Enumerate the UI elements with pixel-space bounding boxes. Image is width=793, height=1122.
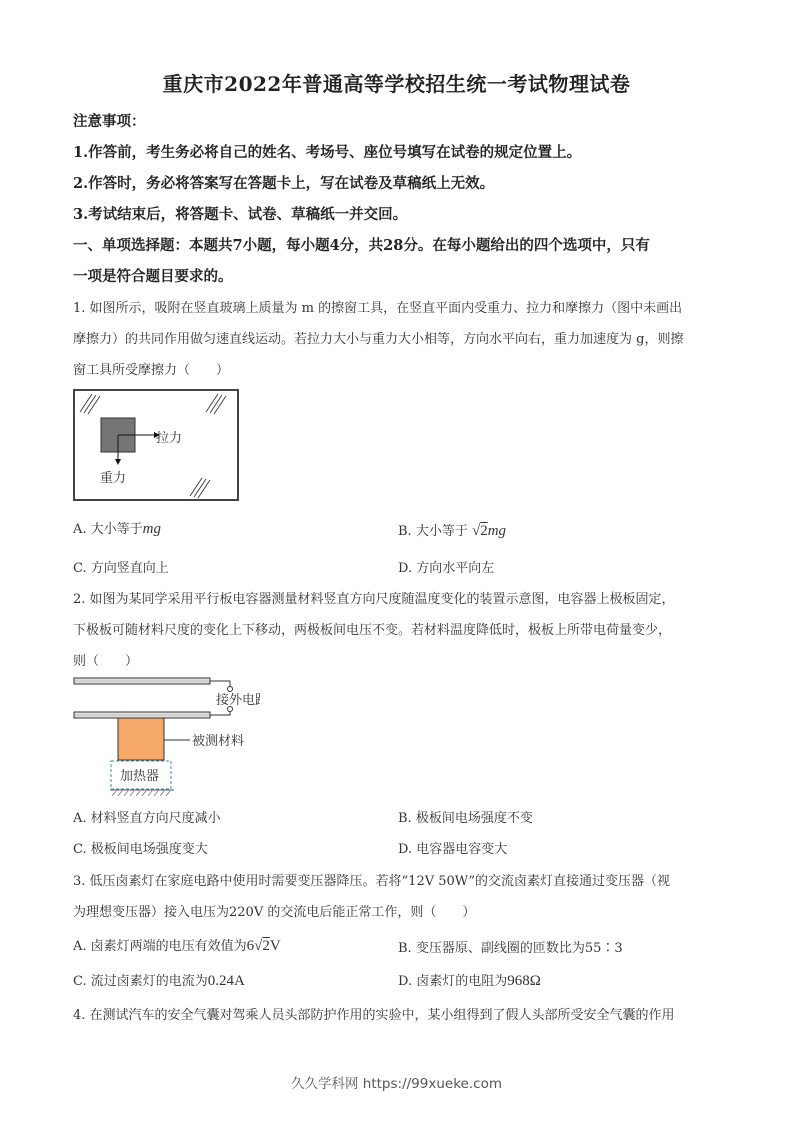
option-text: A. 卤素灯两端的电压有效值为: [73, 939, 247, 954]
option-text: C. 流过卤素灯的电流为: [73, 974, 208, 989]
q2-option-a[interactable]: A. 材料竖直方向尺度减小: [73, 807, 221, 826]
sqrt-expression: 6√2V: [247, 938, 281, 954]
sqrt-expression: √2: [472, 523, 488, 539]
q1-option-d[interactable]: D. 方向水平向左: [398, 557, 494, 576]
q1-stem-line-3: 窗工具所受摩擦力（ ）: [73, 359, 229, 378]
option-text: D. 卤素灯的电阻为: [398, 974, 507, 989]
section-heading-line-1: 一、单项选择题：本题共7小题，每小题4分，共28分。在每小题给出的四个选项中，只…: [73, 234, 650, 255]
page-title: 重庆市2022年普通高等学校招生统一考试物理试卷: [0, 68, 793, 97]
upper-plate: [74, 678, 210, 684]
option-text: B. 大小等于: [398, 524, 468, 539]
circuit-label: 接外电路: [216, 692, 260, 708]
q3-stem-line-1: 3. 低压卤素灯在家庭电路中使用时需要变压器降压。若将“12V 50W”的交流卤…: [73, 870, 670, 889]
material-label: 被测材料: [192, 733, 244, 749]
footer-watermark: 久久学科网 https://99xueke.com: [0, 1072, 793, 1092]
q3-stem-line-2: 为理想变压器）接入电压为220V 的交流电后能正常工作，则（ ）: [73, 901, 475, 920]
section-heading-line-2: 一项是符合题目要求的。: [73, 265, 233, 286]
q1-option-a[interactable]: A. 大小等于mg: [73, 518, 161, 538]
notice-item-3: 3.考试结束后，将答题卡、试卷、草稿纸一并交回。: [73, 203, 407, 224]
q2-option-c[interactable]: C. 极板间电场强度变大: [73, 838, 208, 857]
q3-option-c[interactable]: C. 流过卤素灯的电流为0.24A: [73, 970, 245, 990]
notice-item-2: 2.作答时，务必将答案写在答题卡上，写在试卷及草稿纸上无效。: [73, 172, 494, 193]
q1-option-c[interactable]: C. 方向竖直向上: [73, 557, 169, 576]
gravity-label: 重力: [100, 470, 126, 486]
q4-stem-line-1: 4. 在测试汽车的安全气囊对驾乘人员头部防护作用的实验中，某小组得到了假人头部所…: [73, 1004, 675, 1023]
q2-option-d[interactable]: D. 电容器电容变大: [398, 838, 507, 857]
math-expression: mg: [488, 523, 506, 539]
q3-option-d[interactable]: D. 卤素灯的电阻为968Ω: [398, 970, 541, 990]
q1-stem-line-2: 摩擦力）的共同作用做匀速直线运动。若拉力大小与重力大小相等，方向水平向右，重力加…: [73, 328, 683, 347]
value-text: 0.24A: [208, 973, 245, 989]
heater-label: 加热器: [120, 768, 159, 784]
q1-option-b[interactable]: B. 大小等于 √2mg: [398, 520, 506, 540]
q1-figure-window-cleaner: 拉力 重力: [70, 388, 242, 504]
q2-stem-line-1: 2. 如图为某同学采用平行板电容器测量材料竖直方向尺度随温度变化的装置示意图，电…: [73, 588, 675, 607]
notice-item-1: 1.作答前，考生务必将自己的姓名、考场号、座位号填写在试卷的规定位置上。: [73, 141, 581, 162]
ground-hatch-icon: [112, 791, 170, 796]
math-expression: mg: [143, 521, 161, 537]
q2-stem-line-3: 则（ ）: [73, 650, 138, 669]
q2-option-b[interactable]: B. 极板间电场强度不变: [398, 807, 533, 826]
value-text: 968Ω: [507, 973, 541, 989]
notice-heading: 注意事项：: [73, 110, 146, 131]
terminal-icon: [228, 687, 233, 692]
q2-figure-capacitor: 接外电路 被测材料 加热器: [70, 674, 260, 798]
q1-stem-line-1: 1. 如图所示，吸附在竖直玻璃上质量为 m 的擦窗工具，在竖直平面内受重力、拉力…: [73, 297, 682, 316]
material-block: [118, 718, 164, 760]
option-text: A. 大小等于: [73, 522, 143, 537]
q2-stem-line-2: 下极板可随材料尺度的变化上下移动，两极板间电压不变。若材料温度降低时，极板上所带…: [73, 619, 671, 638]
pull-force-label: 拉力: [156, 430, 182, 446]
lower-plate: [74, 712, 210, 718]
q3-option-a[interactable]: A. 卤素灯两端的电压有效值为6√2V: [73, 935, 281, 955]
q3-option-b[interactable]: B. 变压器原、副线圈的匝数比为55∶3: [398, 937, 623, 956]
